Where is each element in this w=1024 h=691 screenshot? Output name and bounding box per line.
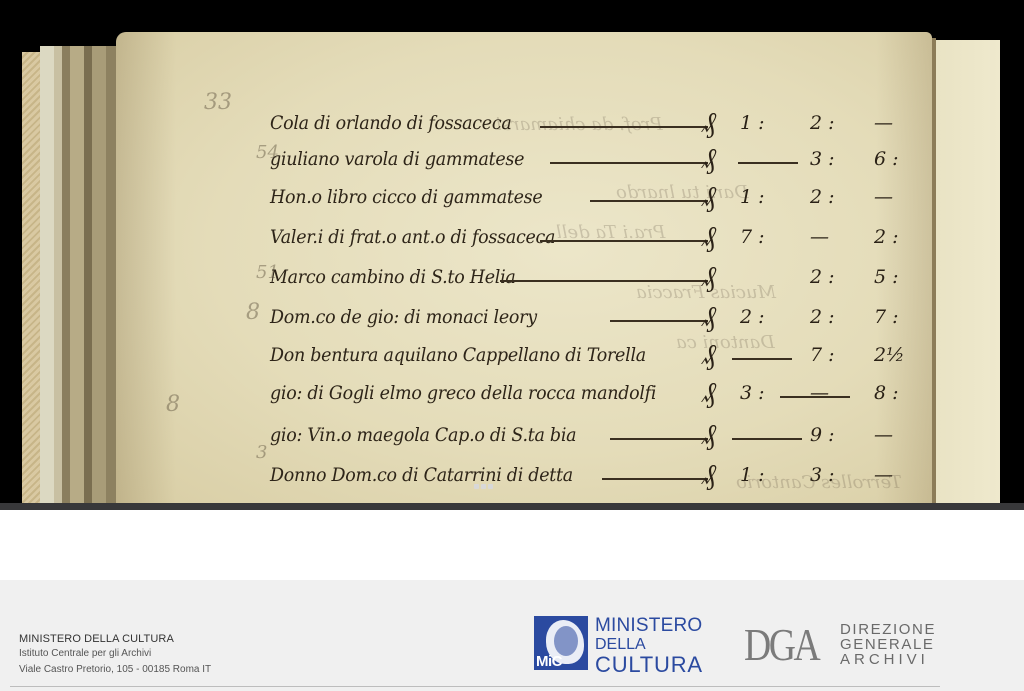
entry-value-1: 2 : — [740, 306, 765, 328]
ledger-entry: Donno Dom.co di Catarrini di detta ₰ 1 :… — [270, 464, 910, 498]
entry-value-2: — — [810, 226, 829, 248]
ledger-entry: gio: Vin.o maegola Cap.o di S.ta bia ₰ 9… — [270, 424, 910, 458]
ledger-entry: Dom.co de gio: di monaci leory ₰ 2 : 2 :… — [270, 306, 910, 340]
ledger-entry: giuliano varola di gammatese ₰ 3 : 6 : — [270, 148, 910, 182]
entry-value-1: 7 : — [740, 226, 765, 248]
entry-value-2: 3 : — [810, 148, 835, 170]
entry-value-3: 8 : — [874, 382, 899, 404]
lira-symbol: ₰ — [702, 106, 716, 140]
entry-value-1: 3 : — [740, 382, 765, 404]
entry-value-3: 2½ — [874, 344, 905, 366]
ledger-entry: Hon.o libro cicco di gammatese ₰ 1 : 2 :… — [270, 186, 910, 220]
site-footer: MINISTERO DELLA CULTURA Istituto Central… — [0, 580, 1024, 691]
ledger-entry: gio: di Gogli elmo greco della rocca man… — [270, 382, 910, 416]
entry-value-2: — — [810, 382, 829, 404]
org-institute: Istituto Centrale per gli Archivi — [19, 646, 211, 662]
lira-symbol: ₰ — [702, 300, 716, 334]
lira-symbol: ₰ — [702, 418, 716, 452]
entry-name: gio: di Gogli elmo greco della rocca man… — [270, 382, 656, 404]
ledger-entry: Marco cambino di S.to Helia ₰ 2 : 5 : — [270, 266, 910, 300]
lira-symbol: ₰ — [702, 142, 716, 176]
entry-value-3: 7 : — [874, 306, 899, 328]
dga-logo[interactable]: DGA DIREZIONE GENERALE ARCHIVI — [744, 618, 936, 671]
entry-value-2: 9 : — [810, 424, 835, 446]
entry-name: Cola di orlando di fossaceca — [270, 112, 512, 134]
margin-mark: 8 — [166, 392, 180, 417]
loading-dot — [481, 484, 486, 489]
ledger-entry: Cola di orlando di fossaceca ₰ 1 : 2 : — — [270, 112, 910, 146]
lira-symbol: ₰ — [702, 458, 716, 492]
entry-name: Hon.o libro cicco di gammatese — [270, 186, 542, 208]
entry-value-3: 2 : — [874, 226, 899, 248]
margin-mark: 8 — [246, 300, 260, 325]
entry-name: Dom.co de gio: di monaci leory — [270, 306, 537, 328]
mic-wordmark: MINISTERO DELLA CULTURA — [595, 616, 703, 676]
entry-value-3: — — [874, 424, 893, 446]
dga-wordmark: DIREZIONE GENERALE ARCHIVI — [840, 622, 936, 667]
entry-value-2: 3 : — [810, 464, 835, 486]
org-address: Viale Castro Pretorio, 105 - 00185 Roma … — [19, 662, 211, 678]
lira-symbol: ₰ — [702, 180, 716, 214]
entry-value-3: 6 : — [874, 148, 899, 170]
entry-value-2: 2 : — [810, 266, 835, 288]
lira-symbol: ₰ — [702, 376, 716, 410]
entry-name: Donno Dom.co di Catarrini di detta — [270, 464, 573, 486]
ledger-entry: Don bentura aquilano Cappellano di Torel… — [270, 344, 910, 378]
dga-monogram: DGA — [744, 618, 823, 671]
image-viewer[interactable]: 33 51 54 8 8 3 Prof. da chiamarsi Dar.i … — [0, 0, 1024, 503]
entry-name: Valer.i di frat.o ant.o di fossaceca — [270, 226, 555, 248]
entry-value-1: 1 : — [740, 112, 765, 134]
entry-name: giuliano varola di gammatese — [270, 148, 524, 170]
entry-value-1: 1 : — [740, 464, 765, 486]
entry-value-2: 7 : — [810, 344, 835, 366]
facing-page — [936, 40, 1000, 503]
entry-name: Marco cambino di S.to Helia — [270, 266, 516, 288]
lira-symbol: ₰ — [702, 220, 716, 254]
entry-value-3: — — [874, 186, 893, 208]
entry-value-2: 2 : — [810, 112, 835, 134]
entry-value-2: 2 : — [810, 306, 835, 328]
mic-logo[interactable]: MiC MINISTERO DELLA CULTURA — [534, 616, 703, 676]
margin-mark: 3 — [256, 442, 267, 463]
entry-name: Don bentura aquilano Cappellano di Torel… — [270, 344, 646, 366]
margin-mark: 33 — [204, 90, 232, 115]
entry-value-2: 2 : — [810, 186, 835, 208]
entry-value-3: — — [874, 464, 893, 486]
footer-organization: MINISTERO DELLA CULTURA Istituto Central… — [19, 632, 211, 678]
lira-symbol: ₰ — [702, 338, 716, 372]
entry-name: gio: Vin.o maegola Cap.o di S.ta bia — [270, 424, 576, 446]
footer-divider — [10, 686, 940, 687]
book-cover-edge — [22, 52, 42, 503]
entry-value-3: — — [874, 112, 893, 134]
entry-value-3: 5 : — [874, 266, 899, 288]
loading-dot — [474, 484, 479, 489]
ledger-entry: Valer.i di frat.o ant.o di fossaceca ₰ 7… — [270, 226, 910, 260]
loading-dot — [488, 484, 493, 489]
viewer-bottom-bar — [0, 503, 1024, 510]
loading-indicator — [474, 484, 493, 489]
entry-value-1: 1 : — [740, 186, 765, 208]
mic-emblem-icon: MiC — [534, 616, 588, 670]
lira-symbol: ₰ — [702, 260, 716, 294]
org-name: MINISTERO DELLA CULTURA — [19, 632, 211, 646]
